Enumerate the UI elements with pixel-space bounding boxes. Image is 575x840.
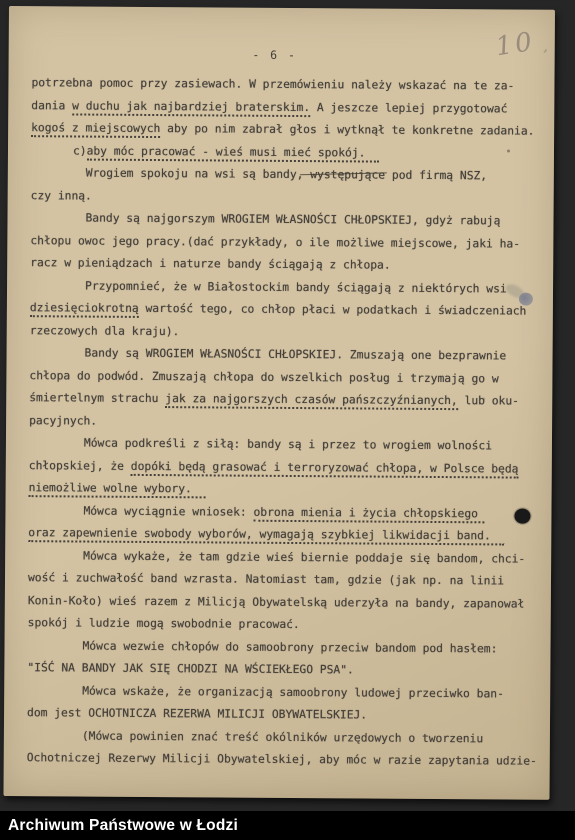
underlined-text: w duchu jak najbardziej braterskim. — [72, 99, 310, 117]
underlined-text: aby móc pracować - wieś musi mieć spokój… — [87, 144, 380, 162]
document-page: - 6 - 10 ’ potrzebna pomoc przy zasiewac… — [3, 6, 555, 800]
underlined-text: kogoś z miejscowych — [31, 121, 160, 138]
text-line: Ochotniczej Rezerwy Milicji Obywatelskie… — [27, 747, 539, 773]
text-segment: lub oku- — [458, 394, 519, 407]
text-segment: Ochotniczej Rezerwy Milicji Obywatelskie… — [27, 751, 537, 768]
text-segment: Mówca wezwie chłopów do samoobrony przec… — [82, 639, 497, 655]
text-segment: wartość tego, co chłop płaci w podatkach… — [139, 302, 527, 318]
text-segment: Wrogiem spokoju na wsi są bandy, — [86, 167, 311, 182]
underlined-text: jak za najgorszych czasów pańszczyźniany… — [165, 392, 458, 410]
text-segment: śmiertelnym strachu — [29, 391, 165, 405]
handwritten-tick-mark: ’ — [539, 45, 549, 65]
text-segment: pacyjnych. — [29, 414, 97, 427]
underlined-text: dopóki będą grasować i terroryzować chło… — [131, 459, 519, 478]
text-segment: wość i zuchwałość band wzrasta. Natomias… — [28, 571, 504, 587]
handwritten-folio-number: 10 — [494, 27, 537, 63]
text-segment: Konin-Koło) wieś razem z Milicją Obywate… — [28, 594, 525, 610]
text-segment: pod firmą NSZ, — [385, 169, 487, 183]
text-line: Mówca podkreśli z siłą: bandy są i przez… — [29, 432, 541, 458]
text-segment: aby po nim zabrał głos i wytknął te konk… — [160, 122, 534, 138]
text-line: potrzebna pomoc przy zasiewach. W przemó… — [31, 72, 543, 98]
text-segment: Mówca wskaże, że organizacją samoobrony … — [82, 684, 504, 700]
archive-watermark-bar: Archiwum Państwowe w Łodzi — [0, 811, 575, 840]
underlined-text: dziesięciokrotną — [30, 301, 139, 318]
text-line: "IŚĆ NA BANDY JAK SIĘ CHODZI NA WŚCIEKŁE… — [27, 657, 539, 683]
underlined-text: niemożliwe wolne wybory. — [29, 481, 206, 498]
underlined-text: oraz zapewnienie swobody wyborów, wymaga… — [28, 526, 504, 545]
struck-text: występujące — [310, 168, 385, 182]
ink-blot — [519, 293, 533, 306]
text-line: dom jest OCHOTNICZA REZERWA MILICJI OBYW… — [27, 702, 539, 728]
text-segment: Bandy są WROGIEM WŁASNOŚCI CHŁOPSKIEJ. Z… — [85, 347, 507, 363]
text-segment: (Mówca powinien znać treść okólników urz… — [82, 729, 483, 745]
text-segment: potrzebna pomoc przy zasiewach. W przemó… — [31, 76, 514, 92]
text-segment: chłopa do podwód. Zmuszają chłopa do wsz… — [29, 369, 498, 385]
text-segment: dom jest OCHOTNICZA REZERWA MILICJI OBYW… — [27, 706, 367, 721]
text-line: oraz zapewnienie swobody wyborów, wymaga… — [28, 522, 540, 548]
archive-scan-view: - 6 - 10 ’ potrzebna pomoc przy zasiewac… — [0, 0, 575, 840]
text-segment: dania — [31, 99, 72, 112]
text-line: racz w pieniądzach i naturze bandy ściąg… — [30, 252, 542, 278]
text-segment: Mówca podkreśli z siłą: bandy są i przez… — [84, 437, 492, 453]
text-segment: Mówca wyciągnie wniosek: — [83, 504, 253, 518]
text-segment: czy inną. — [31, 189, 92, 202]
text-segment: chłopu owoc jego pracy.(dać przykłady, o… — [30, 234, 520, 250]
underlined-text: obrona mienia i życia chłopskiego — [253, 505, 484, 523]
text-segment: rzeczowych dla kraju). — [30, 324, 180, 338]
text-line: Bandy są WROGIEM WŁASNOŚCI CHŁOPSKIEJ. Z… — [29, 342, 541, 368]
paper-speck — [507, 149, 510, 152]
black-ink-dot — [514, 509, 530, 524]
text-segment: A jeszcze lepiej przygotować — [310, 101, 507, 115]
text-segment: "IŚĆ NA BANDY JAK SIĘ CHODZI NA WŚCIEKŁE… — [27, 661, 354, 676]
text-segment: racz w pieniądzach i naturze bandy ściąg… — [30, 256, 391, 272]
text-segment: chłopskiej, że — [29, 459, 131, 473]
page-number: - 6 - — [9, 46, 541, 64]
text-line: dziesięciokrotną wartość tego, co chłop … — [30, 297, 542, 323]
paper-speck — [482, 397, 485, 400]
text-segment: Przypomnieć, że w Białostockim bandy ści… — [85, 279, 507, 295]
text-segment: Mówca wykaże, że tam gdzie wieś biernie … — [83, 549, 525, 565]
text-line: spokój i ludzie mogą swobodnie pracować. — [28, 612, 540, 638]
archive-name-label: Archiwum Państwowe w Łodzi — [0, 817, 238, 835]
text-segment: Bandy są najgorszym WROGIEM WŁASNOŚCI CH… — [85, 212, 500, 228]
text-line: śmiertelnym strachu jak za najgorszych c… — [29, 387, 541, 413]
text-line: kogoś z miejscowych aby po nim zabrał gł… — [31, 117, 543, 143]
text-line: Bandy są najgorszym WROGIEM WŁASNOŚCI CH… — [30, 207, 542, 233]
text-line: Wrogiem spokoju na wsi są bandy, występu… — [31, 162, 543, 188]
typewritten-text: potrzebna pomoc przy zasiewach. W przemó… — [27, 72, 544, 773]
text-line: niemożliwe wolne wybory. — [29, 477, 541, 503]
text-line: wość i zuchwałość band wzrasta. Natomias… — [28, 567, 540, 593]
text-segment: c) — [73, 144, 87, 157]
text-segment: spokój i ludzie mogą swobodnie pracować. — [28, 616, 300, 631]
